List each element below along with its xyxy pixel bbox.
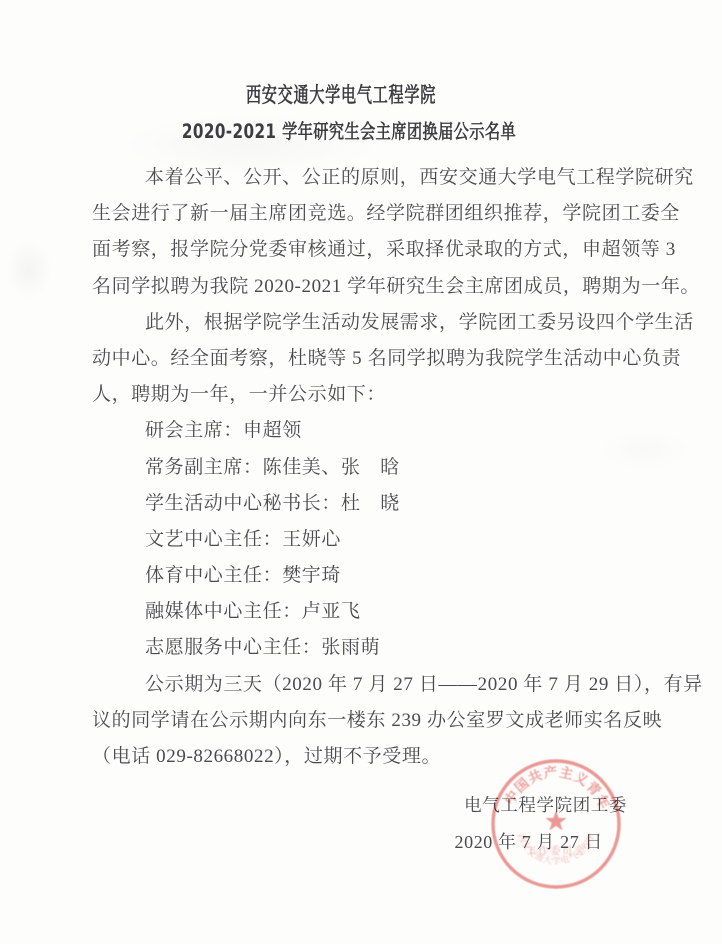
scan-smudge bbox=[6, 240, 52, 300]
signature-date: 2020 年 7 月 27 日 bbox=[92, 824, 633, 860]
signature-org: 电气工程学院团工委 bbox=[92, 787, 633, 823]
document-body: 本着公平、公开、公正的原则，西安交通大学电气工程学院研究 生会进行了新一届主席团… bbox=[92, 160, 633, 860]
appointment-line: 融媒体中心主任：卢亚飞 bbox=[92, 594, 633, 630]
body-line: 动中心。经全面考察，杜晓等 5 名同学拟聘为我院学生活动中心负责 bbox=[92, 341, 633, 377]
body-line: 公示期为三天（2020 年 7 月 27 日——2020 年 7 月 29 日）… bbox=[92, 667, 633, 703]
document-page: 西安交通大学电气工程学院 2020-2021 学年研究生会主席团换届公示名单 本… bbox=[0, 0, 722, 944]
appointment-line: 研会主席：申超领 bbox=[92, 413, 633, 449]
appointment-line: 常务副主席：陈佳美、张 晗 bbox=[92, 450, 633, 486]
body-line: 本着公平、公开、公正的原则，西安交通大学电气工程学院研究 bbox=[92, 160, 633, 196]
body-line: 人，聘期为一年，一并公示如下： bbox=[92, 377, 633, 413]
body-line: 面考察，报学院分党委审核通过，采取择优录取的方式，申超领等 3 bbox=[92, 232, 633, 268]
body-line: 生会进行了新一届主席团竞选。经学院群团组织推荐，学院团工委全 bbox=[92, 196, 633, 232]
appointment-line: 志愿服务中心主任：张雨萌 bbox=[92, 630, 633, 666]
body-line: （电话 029-82668022），过期不予受理。 bbox=[92, 739, 633, 775]
page-subtitle: 2020-2021 学年研究生会主席团换届公示名单 bbox=[67, 116, 630, 144]
body-line: 议的同学请在公示期内向东一楼东 239 办公室罗文成老师实名反映 bbox=[92, 703, 633, 739]
body-line: 此外，根据学院学生活动发展需求，学院团工委另设四个学生活 bbox=[92, 305, 633, 341]
signature-block: 电气工程学院团工委 2020 年 7 月 27 日 bbox=[92, 787, 633, 860]
appointment-line: 体育中心主任：樊宇琦 bbox=[92, 558, 633, 594]
body-line: 名同学拟聘为我院 2020-2021 学年研究生会主席团成员，聘期为一年。 bbox=[92, 269, 633, 305]
appointment-line: 学生活动中心秘书长：杜 晓 bbox=[92, 486, 633, 522]
appointment-line: 文艺中心主任：王妍心 bbox=[92, 522, 633, 558]
page-title: 西安交通大学电气工程学院 bbox=[81, 79, 601, 109]
